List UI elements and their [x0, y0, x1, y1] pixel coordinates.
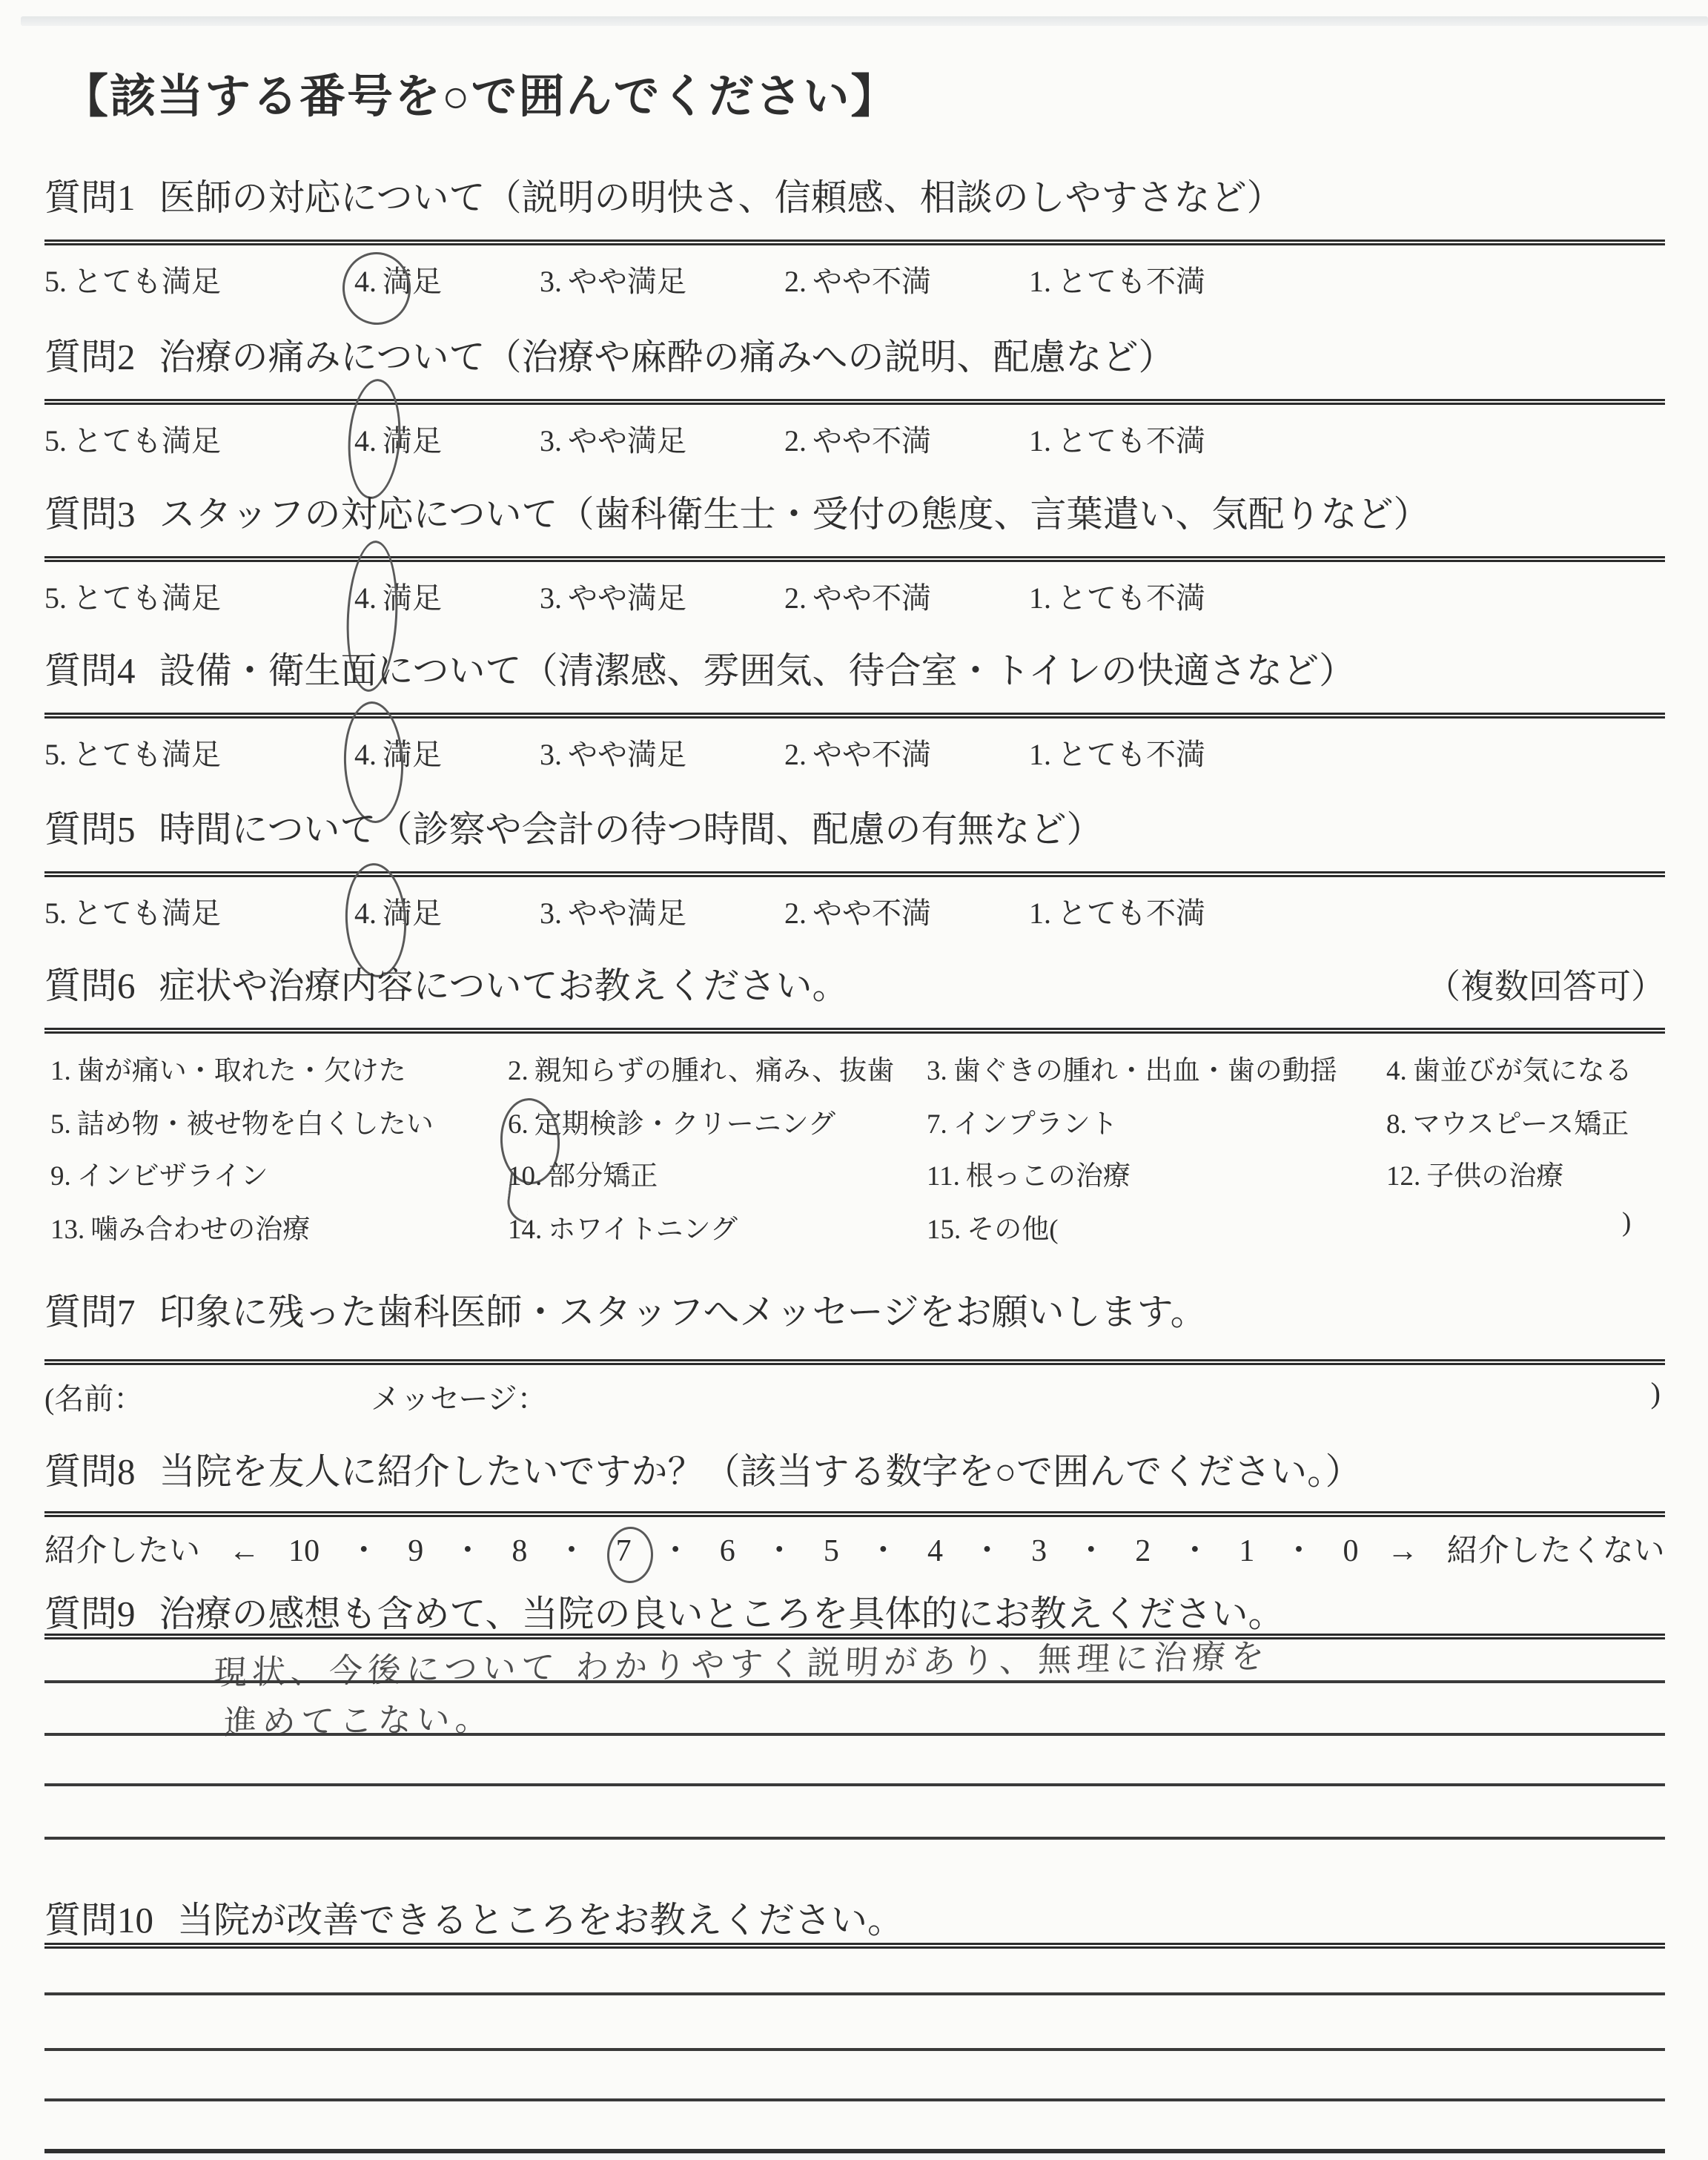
question-9-heading: 質問9 治療の感想も含めて、当院の良いところを具体的にお教えください。: [44, 1585, 1665, 1637]
q4-option-1: 1.とても不満: [1029, 731, 1205, 773]
q6-item-7: 7.インプラント: [927, 1101, 1118, 1141]
q6-item-11: 11.根っこの治療: [927, 1153, 1131, 1193]
question-1-heading: 質問1 医師の対応について（説明の明快さ、信頼感、相談のしやすさなど）: [44, 169, 1665, 221]
question-3-number: 質問3: [44, 486, 136, 538]
q6-row-4: 13.噛み合わせの治療 14.ホワイトニング 15.その他( ): [44, 1206, 1665, 1252]
question-6-title: 症状や治療内容についてお教えください。: [159, 957, 849, 1009]
q6-row-3: 9.インビザライン 10.部分矯正 11.根っこの治療 12.子供の治療: [44, 1153, 1665, 1199]
page-title: 【該当する番号を○で囲んでください】: [62, 59, 898, 125]
question-5-title: 時間について（診察や会計の待つ時間、配慮の有無など）: [159, 801, 1103, 853]
q6-row-1: 1.歯が痛い・取れた・欠けた 2.親知らずの腫れ、痛み、抜歯 3.歯ぐきの腫れ・…: [44, 1048, 1665, 1094]
question-2-title: 治療の痛みについて（治療や麻酔の痛みへの説明、配慮など）: [159, 328, 1175, 380]
heading-rule: [44, 399, 1665, 405]
question-2: 質問2 治療の痛みについて（治療や麻酔の痛みへの説明、配慮など） 5.とても満足…: [44, 328, 1665, 484]
question-1-title: 医師の対応について（説明の明快さ、信頼感、相談のしやすさなど）: [159, 169, 1283, 221]
question-7-heading: 質問7 印象に残った歯科医師・スタッフへメッセージをお願いします。: [44, 1284, 1665, 1335]
q3-option-4-selected: 4.満足: [354, 575, 442, 617]
question-5-options: 5.とても満足 4.満足 3.やや満足 2.やや不満 1.とても不満: [44, 890, 1205, 932]
answer-line: [44, 1837, 1665, 1840]
answer-line: [44, 2098, 1665, 2101]
q6-item-14: 14.ホワイトニング: [508, 1206, 738, 1246]
q8-right-arrow: →: [1387, 1533, 1418, 1569]
heading-rule: [44, 871, 1665, 877]
question-2-options: 5.とても満足 4.満足 3.やや満足 2.やや不満 1.とても不満: [44, 417, 1205, 460]
q6-item-3: 3.歯ぐきの腫れ・出血・歯の動揺: [927, 1048, 1337, 1088]
q8-dot: ・: [452, 1526, 483, 1571]
question-5-heading: 質問5 時間について（診察や会計の待つ時間、配慮の有無など）: [44, 801, 1665, 853]
q8-number-1: 1: [1239, 1533, 1254, 1569]
scanned-survey-page: 【該当する番号を○で囲んでください】 質問1 医師の対応について（説明の明快さ、…: [0, 0, 1708, 2160]
q1-option-2: 2.やや不満: [784, 258, 931, 300]
q1-option-5: 5.とても満足: [44, 258, 221, 300]
q8-number-4: 4: [927, 1533, 943, 1569]
q3-option-1: 1.とても不満: [1029, 575, 1205, 617]
q7-message-label: メッセージ：: [371, 1375, 547, 1418]
q6-item-6-selected: 6.定期検診・クリーニング: [508, 1101, 835, 1141]
q2-option-5: 5.とても満足: [44, 417, 221, 460]
question-5-number: 質問5: [44, 801, 136, 853]
q3-option-3: 3.やや満足: [540, 575, 686, 617]
question-4: 質問4 設備・衛生面について（清潔感、雰囲気、待合室・トイレの快適さなど） 5.…: [44, 642, 1665, 798]
q4-option-5: 5.とても満足: [44, 731, 221, 773]
q2-option-4-selected: 4.満足: [354, 417, 442, 460]
scan-artifact-band: [21, 16, 1708, 26]
q8-dot: ・: [1283, 1526, 1314, 1571]
q8-number-10: 10: [288, 1533, 320, 1569]
answer-line: [44, 1733, 1665, 1736]
q8-number-7-selected: 7: [616, 1533, 632, 1569]
heading-rule: [44, 556, 1665, 562]
q6-item-2: 2.親知らずの腫れ、痛み、抜歯: [508, 1048, 894, 1088]
q8-number-9: 9: [408, 1533, 423, 1569]
q3-option-5: 5.とても満足: [44, 575, 221, 617]
question-4-options: 5.とても満足 4.満足 3.やや満足 2.やや不満 1.とても不満: [44, 731, 1205, 773]
q1-option-1: 1.とても不満: [1029, 258, 1205, 300]
q5-option-3: 3.やや満足: [540, 890, 686, 932]
heading-rule: [44, 1943, 1665, 1949]
q6-item-10: 10.部分矯正: [508, 1153, 658, 1193]
question-5: 質問5 時間について（診察や会計の待つ時間、配慮の有無など） 5.とても満足 4…: [44, 801, 1665, 957]
question-3: 質問3 スタッフの対応について（歯科衛生士・受付の態度、言葉遣い、気配りなど） …: [44, 486, 1665, 641]
question-6-heading: 質問6 症状や治療内容についてお教えください。 （複数回答可）: [44, 957, 1665, 1009]
q8-left-arrow: ←: [229, 1533, 260, 1569]
question-10-title: 当院が改善できるところをお教えください。: [177, 1892, 904, 1943]
q8-dot: ・: [867, 1526, 898, 1571]
q4-option-3: 3.やや満足: [540, 731, 686, 773]
q4-option-4-selected: 4.満足: [354, 731, 442, 773]
q8-number-0: 0: [1343, 1533, 1359, 1569]
q5-option-1: 1.とても不満: [1029, 890, 1205, 932]
question-4-heading: 質問4 設備・衛生面について（清潔感、雰囲気、待合室・トイレの快適さなど）: [44, 642, 1665, 694]
q8-number-5: 5: [824, 1533, 839, 1569]
answer-line: [44, 1680, 1665, 1683]
q2-option-2: 2.やや不満: [784, 417, 931, 460]
heading-rule: [44, 1359, 1665, 1365]
question-4-title: 設備・衛生面について（清潔感、雰囲気、待合室・トイレの快適さなど）: [159, 642, 1356, 694]
answer-line: [44, 1783, 1665, 1786]
q8-number-3: 3: [1031, 1533, 1047, 1569]
question-3-heading: 質問3 スタッフの対応について（歯科衛生士・受付の態度、言葉遣い、気配りなど）: [44, 486, 1665, 538]
q8-left-label: 紹介したい: [44, 1526, 200, 1571]
question-9: 質問9 治療の感想も含めて、当院の良いところを具体的にお教えください。 現状、今…: [44, 1585, 1665, 1882]
heading-rule: [44, 1028, 1665, 1034]
answer-line: [44, 2149, 1665, 2153]
q8-dot: ・: [348, 1526, 380, 1571]
question-6: 質問6 症状や治療内容についてお教えください。 （複数回答可） 1.歯が痛い・取…: [44, 957, 1665, 1269]
question-7-title: 印象に残った歯科医師・スタッフへメッセージをお願いします。: [159, 1284, 1207, 1335]
question-10: 質問10 当院が改善できるところをお教えください。: [44, 1892, 1665, 2159]
heading-rule: [44, 713, 1665, 719]
q5-option-5: 5.とても満足: [44, 890, 221, 932]
q6-item-8: 8.マウスピース矯正: [1386, 1101, 1629, 1141]
q6-other-close-paren: ): [1622, 1206, 1631, 1238]
q9-handwritten-answer-line2: 進めてこない。: [223, 1691, 494, 1744]
heading-rule: [44, 1511, 1665, 1517]
q6-item-13: 13.噛み合わせの治療: [50, 1206, 310, 1246]
question-9-number: 質問9: [44, 1585, 136, 1637]
q2-option-1: 1.とても不満: [1029, 417, 1205, 460]
question-2-heading: 質問2 治療の痛みについて（治療や麻酔の痛みへの説明、配慮など）: [44, 328, 1665, 380]
question-7: 質問7 印象に残った歯科医師・スタッフへメッセージをお願いします。 (名前： メ…: [44, 1284, 1665, 1432]
q4-option-2: 2.やや不満: [784, 731, 931, 773]
q3-option-2: 2.やや不満: [784, 575, 931, 617]
question-2-number: 質問2: [44, 328, 136, 380]
q6-item-5: 5.詰め物・被せ物を白くしたい: [50, 1101, 434, 1141]
q5-option-2: 2.やや不満: [784, 890, 931, 932]
question-10-heading: 質問10 当院が改善できるところをお教えください。: [44, 1892, 1665, 1943]
q6-item-15: 15.その他(: [927, 1206, 1059, 1246]
q8-dot: ・: [972, 1526, 1003, 1571]
q5-option-4-selected: 4.満足: [354, 890, 442, 932]
question-4-number: 質問4: [44, 642, 136, 694]
q6-item-4: 4.歯並びが気になる: [1386, 1048, 1632, 1088]
question-1-options: 5.とても満足 4.満足 3.やや満足 2.やや不満 1.とても不満: [44, 258, 1205, 300]
q2-option-3: 3.やや満足: [540, 417, 686, 460]
q1-option-3: 3.やや満足: [540, 258, 686, 300]
q8-dot: ・: [556, 1526, 587, 1571]
q8-dot: ・: [660, 1526, 691, 1571]
heading-rule: [44, 240, 1665, 245]
question-6-number: 質問6: [44, 957, 136, 1009]
q8-dot: ・: [764, 1526, 795, 1571]
question-8: 質問8 当院を友人に紹介したいですか？（該当する数字を○で囲んでください。） 紹…: [44, 1443, 1665, 1591]
q6-item-9: 9.インビザライン: [50, 1153, 268, 1193]
answer-line: [44, 1992, 1665, 1995]
question-3-title: スタッフの対応について（歯科衛生士・受付の態度、言葉遣い、気配りなど）: [159, 486, 1430, 538]
question-9-title: 治療の感想も含めて、当院の良いところを具体的にお教えください。: [159, 1585, 1285, 1637]
q8-dot: ・: [1076, 1526, 1107, 1571]
q1-option-4-selected: 4.満足: [354, 258, 442, 300]
q8-number-8: 8: [512, 1533, 527, 1569]
question-7-number: 質問7: [44, 1284, 136, 1335]
question-6-note: （複数回答可）: [1426, 960, 1665, 1008]
q8-number-6: 6: [720, 1533, 735, 1569]
q6-item-1: 1.歯が痛い・取れた・欠けた: [50, 1048, 406, 1088]
question-1: 質問1 医師の対応について（説明の明快さ、信頼感、相談のしやすさなど） 5.とて…: [44, 169, 1665, 325]
question-8-title: 当院を友人に紹介したいですか？（該当する数字を○で囲んでください。）: [159, 1443, 1362, 1495]
answer-line: [44, 2048, 1665, 2051]
q8-right-label: 紹介したくない: [1447, 1526, 1665, 1571]
q7-close-paren: ): [1651, 1375, 1661, 1410]
q7-name-label: (名前：: [44, 1375, 143, 1418]
question-8-number: 質問8: [44, 1443, 136, 1495]
question-8-heading: 質問8 当院を友人に紹介したいですか？（該当する数字を○で囲んでください。）: [44, 1443, 1665, 1495]
question-10-number: 質問10: [44, 1892, 153, 1943]
question-1-number: 質問1: [44, 169, 136, 221]
q6-item-12: 12.子供の治療: [1386, 1153, 1563, 1193]
q8-number-2: 2: [1135, 1533, 1151, 1569]
q8-dot: ・: [1179, 1526, 1211, 1571]
question-3-options: 5.とても満足 4.満足 3.やや満足 2.やや不満 1.とても不満: [44, 575, 1205, 617]
q8-nps-scale: 紹介したい ← 10 ・ 9 ・ 8 ・ 7 ・ 6 ・ 5 ・ 4 ・ 3 ・…: [44, 1526, 1665, 1571]
q6-row-2: 5.詰め物・被せ物を白くしたい 6.定期検診・クリーニング 7.インプラント 8…: [44, 1101, 1665, 1147]
